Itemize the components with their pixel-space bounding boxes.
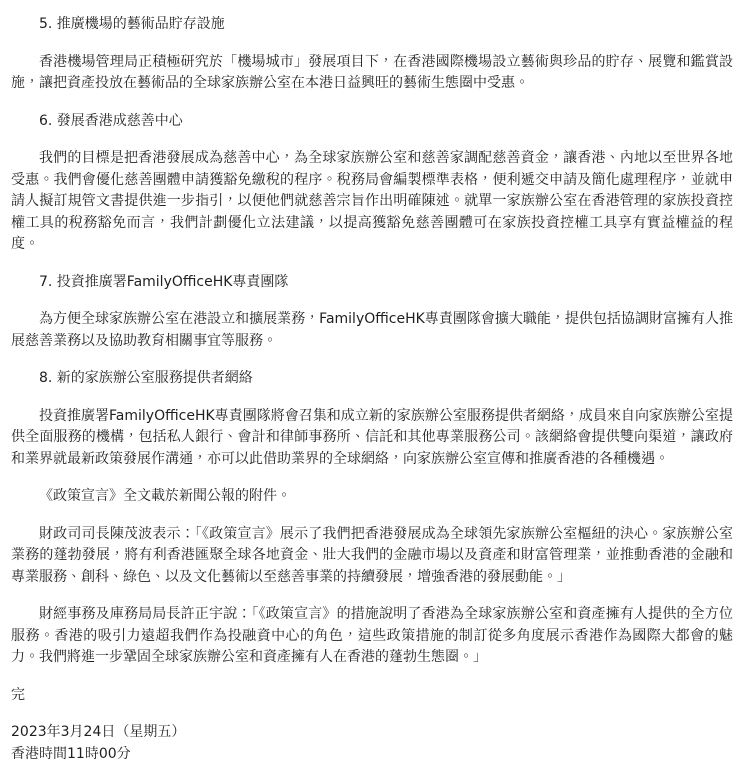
section-heading-5: 5. 推廣機場的藝術品貯存設施 <box>11 14 733 36</box>
paragraph-service-providers-network: 投資推廣署FamilyOfficeHK專責團隊將會召集和成立新的家族辦公室服務提… <box>11 406 733 471</box>
paragraph-financial-secretary-quote: 財政司司長陳茂波表示：「《政策宣言》展示了我們把香港發展成為全球領先家族辦公室樞… <box>11 524 733 589</box>
section-heading-7: 7. 投資推廣署FamilyOfficeHK專責團隊 <box>11 272 733 294</box>
paragraph-fstb-secretary-quote: 財經事務及庫務局局長許正宇說：「《政策宣言》的措施說明了香港為全球家族辦公室和資… <box>11 604 733 669</box>
release-date: 2023年3月24日（星期五） <box>11 724 185 740</box>
end-marker: 完 <box>11 685 733 707</box>
section-heading-6: 6. 發展香港成慈善中心 <box>11 111 733 133</box>
paragraph-policy-statement-annex: 《政策宣言》全文載於新聞公報的附件。 <box>11 486 733 508</box>
datetime-block: 2023年3月24日（星期五） 香港時間11時00分 <box>11 722 733 765</box>
section-heading-8: 8. 新的家族辦公室服務提供者網絡 <box>11 368 733 390</box>
paragraph-airport-art-storage: 香港機場管理局正積極研究於「機場城市」發展項目下，在香港國際機場設立藝術與珍品的… <box>11 52 733 95</box>
release-time: 香港時間11時00分 <box>11 746 131 762</box>
paragraph-familyofficehk-team: 為方便全球家族辦公室在港設立和擴展業務，FamilyOfficeHK專責團隊會擴… <box>11 309 733 352</box>
paragraph-philanthropy-centre: 我們的目標是把香港發展成為慈善中心，為全球家族辦公室和慈善家調配慈善資金，讓香港… <box>11 148 733 256</box>
press-release-body: 5. 推廣機場的藝術品貯存設施 香港機場管理局正積極研究於「機場城市」發展項目下… <box>0 0 744 780</box>
